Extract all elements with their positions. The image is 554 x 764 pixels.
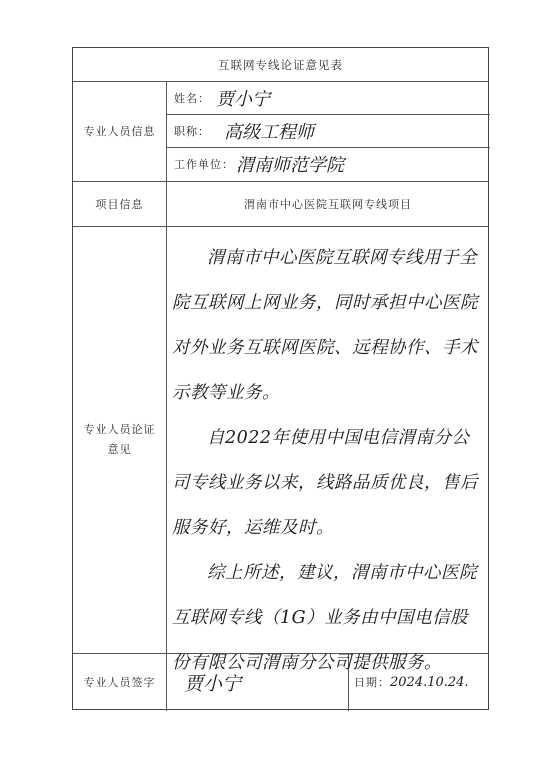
argumentation-form: 互联网专线论证意见表 专业人员信息 姓名： 贾小宁 职称： 高级工程师 工作单位…: [72, 47, 489, 710]
title-field: 职称： 高级工程师: [166, 114, 490, 147]
date-value: 2024.10.24.: [390, 675, 469, 690]
name-label: 姓名：: [174, 90, 210, 106]
unit-field: 工作单位： 渭南师范学院: [166, 147, 490, 181]
date-label: 日期：: [354, 674, 390, 690]
project-name: 渭南市中心医院互联网专线项目: [166, 181, 490, 226]
signature-label: 专业人员签字: [73, 653, 166, 711]
title-label: 职称：: [174, 123, 210, 139]
signature-value: 贾小宁: [184, 669, 241, 696]
date-field: 日期： 2024.10.24.: [348, 653, 490, 711]
signature-field: 贾小宁: [166, 653, 348, 711]
form-title: 互联网专线论证意见表: [73, 48, 488, 81]
opinion-paragraph: 自2022年使用中国电信渭南分公司专线业务以来，线路品质优良，售后服务好，运维及…: [172, 416, 482, 551]
opinion-paragraph: 渭南市中心医院互联网专线用于全院互联网上网业务，同时承担中心医院对外业务互联网医…: [172, 236, 482, 416]
name-field: 姓名： 贾小宁: [166, 81, 490, 114]
opinion-body: 渭南市中心医院互联网专线用于全院互联网上网业务，同时承担中心医院对外业务互联网医…: [166, 226, 490, 653]
title-value: 高级工程师: [224, 118, 314, 144]
opinion-label: 专业人员论证 意见: [73, 226, 166, 653]
project-info-label: 项目信息: [73, 181, 166, 226]
name-value: 贾小宁: [216, 85, 270, 111]
expert-info-label: 专业人员信息: [73, 81, 166, 181]
unit-label: 工作单位：: [174, 156, 234, 172]
unit-value: 渭南师范学院: [236, 151, 344, 177]
opinion-label-line2: 意见: [108, 440, 132, 460]
opinion-label-line1: 专业人员论证: [84, 420, 156, 440]
